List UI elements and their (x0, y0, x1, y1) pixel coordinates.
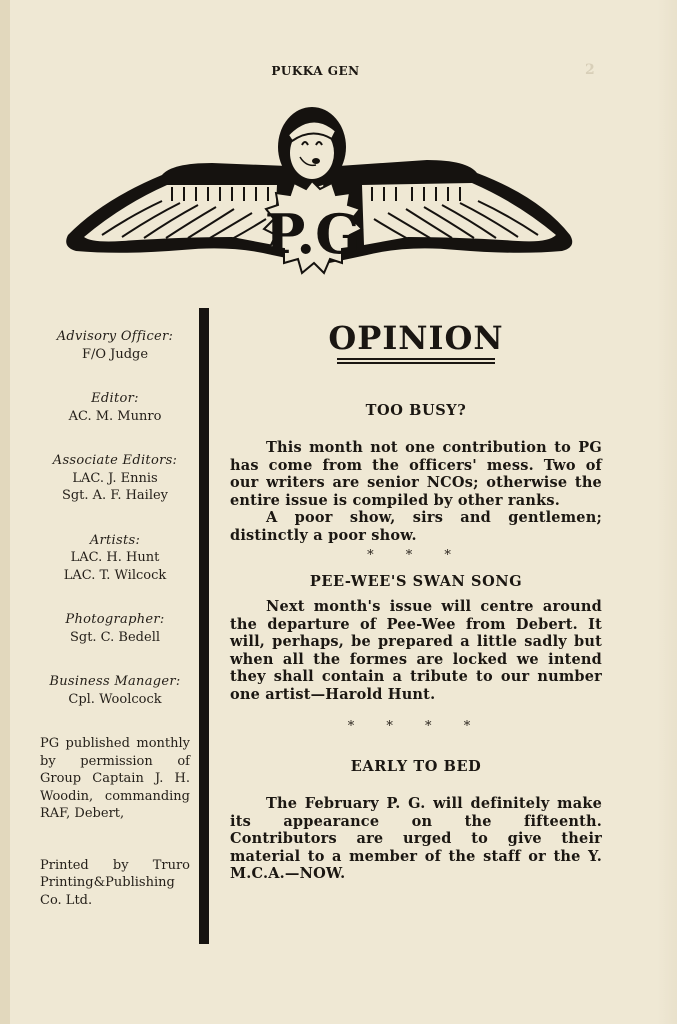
paragraph: The February P. G. will definitely make … (230, 795, 602, 883)
page-edge-shadow (0, 0, 10, 1024)
staff-name: Cpl. Woolcock (40, 691, 190, 709)
staff-role: Associate Editors: (40, 452, 190, 470)
staff-name: LAC. H. Hunt (40, 549, 190, 567)
masthead-sidebar: Advisory Officer: F/O Judge Editor: AC. … (40, 328, 190, 909)
section-pee-wees-swan-song: PEE-WEE'S SWAN SONG Next month's issue w… (230, 573, 602, 734)
publication-note: PG published monthly by permission of Gr… (40, 735, 190, 823)
vertical-column-rule (199, 308, 209, 944)
section-separator: * * * * (230, 719, 602, 734)
staff-associate-editors: Associate Editors: LAC. J. Ennis Sgt. A.… (40, 452, 190, 505)
staff-business-manager: Business Manager: Cpl. Woolcock (40, 673, 190, 708)
staff-name: LAC. J. Ennis (40, 470, 190, 488)
running-head: PUKKA GEN (0, 64, 631, 78)
paragraph: A poor show, sirs and gentlemen; distinc… (230, 509, 602, 544)
section-separator: * * * (230, 548, 602, 563)
title-double-underline (337, 358, 495, 364)
staff-name: Sgt. C. Bedell (40, 629, 190, 647)
printer-note: Printed by Truro Printing&Publishing Co.… (40, 857, 190, 910)
paragraph: Next month's issue will centre around th… (230, 598, 602, 703)
staff-role: Advisory Officer: (40, 328, 190, 346)
section-heading: EARLY TO BED (230, 758, 602, 775)
staff-photographer: Photographer: Sgt. C. Bedell (40, 611, 190, 646)
page-right-shade (657, 0, 677, 1024)
pg-wings-logo-icon: P.G (62, 105, 577, 300)
staff-role: Editor: (40, 390, 190, 408)
staff-name: Sgt. A. F. Hailey (40, 487, 190, 505)
section-too-busy: TOO BUSY? This month not one contributio… (230, 402, 602, 563)
section-early-to-bed: EARLY TO BED The February P. G. will def… (230, 758, 602, 883)
staff-role: Artists: (40, 532, 190, 550)
section-heading: TOO BUSY? (230, 402, 602, 419)
staff-artists: Artists: LAC. H. Hunt LAC. T. Wilcock (40, 532, 190, 585)
editorial-column: OPINION TOO BUSY? This month not one con… (230, 320, 602, 883)
staff-advisory-officer: Advisory Officer: F/O Judge (40, 328, 190, 363)
page-number: 2 (585, 62, 595, 78)
page-title: OPINION (230, 320, 602, 356)
staff-role: Business Manager: (40, 673, 190, 691)
svg-text:P.G: P.G (265, 202, 362, 266)
section-heading: PEE-WEE'S SWAN SONG (230, 573, 602, 590)
staff-role: Photographer: (40, 611, 190, 629)
staff-name: LAC. T. Wilcock (40, 567, 190, 585)
paragraph: This month not one contribution to PG ha… (230, 439, 602, 509)
staff-name: F/O Judge (40, 346, 190, 364)
staff-name: AC. M. Munro (40, 408, 190, 426)
staff-editor: Editor: AC. M. Munro (40, 390, 190, 425)
